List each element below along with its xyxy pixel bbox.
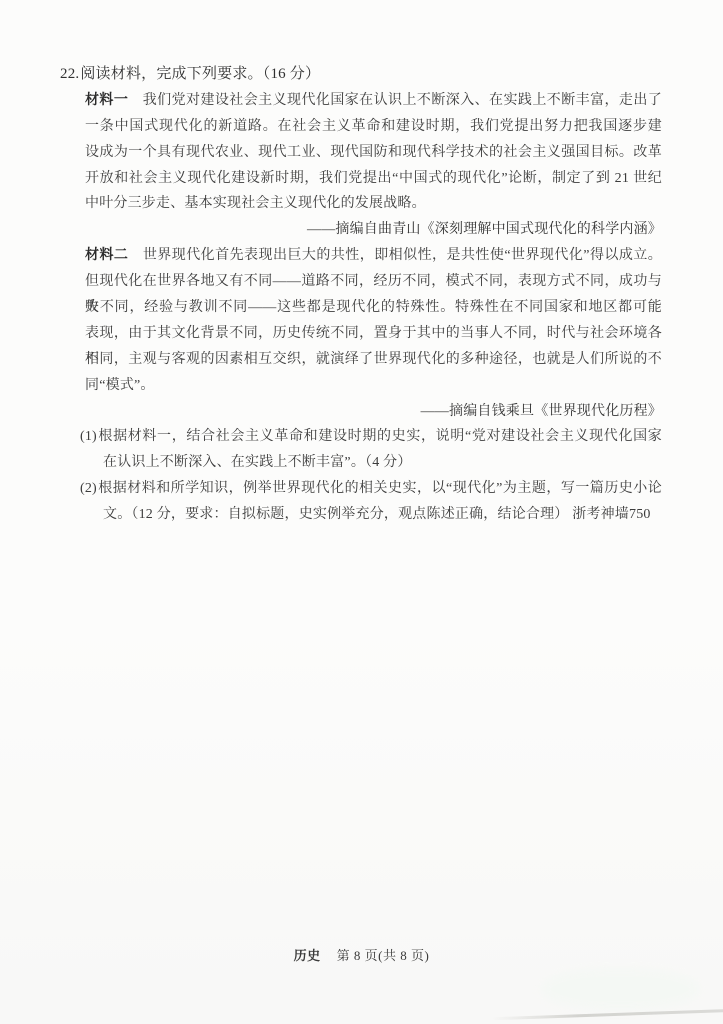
subquestion-1-line-1-text: 根据材料一，结合社会主义革命和建设时期的史实，说明“党对建设社会主义现代化国家 — [98, 429, 662, 444]
question-22-block: 22.阅读材料，完成下列要求。（16 分） 材料一 我们党对建设社会主义现代化国… — [85, 62, 662, 528]
material2-line-6: 同“模式”。 — [85, 373, 662, 399]
material1-attribution: ——摘编自曲青山《深刻理解中国式现代化的科学内涵》 — [85, 217, 662, 243]
subquestion-1-line-1: (1)根据材料一，结合社会主义革命和建设时期的史实，说明“党对建设社会主义现代化… — [80, 424, 662, 450]
question-stem: 22.阅读材料，完成下列要求。（16 分） — [60, 62, 662, 88]
material2-line-5: 相同，主观与客观的因素相互交织，就演绎了世界现代化的多种途径，也就是人们所说的不 — [85, 347, 662, 373]
scan-artifact-blob — [540, 968, 700, 1010]
subquestion-2-line-1-text: 根据材料和所学知识，例举世界现代化的相关史实，以“现代化”为主题，写一篇历史小论 — [98, 481, 662, 496]
footer-page-info: 第 8 页(共 8 页) — [337, 948, 430, 963]
material1-label: 材料一 — [85, 93, 128, 108]
material2-line-2: 但现代化在世界各地又有不同——道路不同，经历不同，模式不同，表现方式不同，成功与… — [85, 269, 662, 295]
subquestion-2-line-1: (2)根据材料和所学知识，例举世界现代化的相关史实，以“现代化”为主题，写一篇历… — [80, 476, 662, 502]
material2-label: 材料二 — [85, 248, 128, 263]
question-number: 22. — [60, 66, 79, 82]
material2-line-4: 表现，由于其文化背景不同，历史传统不同，置身于其中的当事人不同，时代与社会环境各… — [85, 321, 662, 347]
exam-page: 22.阅读材料，完成下列要求。（16 分） 材料一 我们党对建设社会主义现代化国… — [0, 0, 723, 1024]
subquestion-2-number: (2) — [80, 481, 97, 496]
subquestion-2-line-2: 文。（12 分，要求：自拟标题，史实例举充分，观点陈述正确，结论合理） 浙考神墙… — [103, 502, 662, 528]
material2-line-3: 败不同，经验与教训不同——这些都是现代化的特殊性。特殊性在不同国家和地区都可能 — [85, 295, 662, 321]
subquestion-1-number: (1) — [80, 429, 97, 444]
material1-line-4: 开放和社会主义现代化建设新时期，我们党提出“中国式的现代化”论断，制定了到 21… — [85, 166, 662, 192]
page-footer: 历史第 8 页(共 8 页) — [0, 945, 723, 964]
footer-subject: 历史 — [294, 948, 321, 963]
material2-attribution: ——摘编自钱乘旦《世界现代化历程》 — [85, 399, 662, 425]
question-stem-text: 阅读材料，完成下列要求。（16 分） — [80, 66, 320, 82]
material1-line-3: 设成为一个具有现代农业、现代工业、现代国防和现代科学技术的社会主义强国目标。改革 — [85, 140, 662, 166]
material2-line-1-text: 世界现代化首先表现出巨大的共性，即相似性，是共性使“世界现代化”得以成立。 — [128, 248, 662, 263]
subquestion-1-line-2: 在认识上不断深入、在实践上不断丰富”。（4 分） — [103, 450, 662, 476]
material1-line-2: 一条中国式现代化的新道路。在社会主义革命和建设时期，我们党提出努力把我国逐步建 — [85, 114, 662, 140]
material2-line-1: 材料二 世界现代化首先表现出巨大的共性，即相似性，是共性使“世界现代化”得以成立… — [85, 243, 662, 269]
material1-line-1: 材料一 我们党对建设社会主义现代化国家在认识上不断深入、在实践上不断丰富，走出了 — [85, 88, 662, 114]
material1-line-5: 中叶分三步走、基本实现社会主义现代化的发展战略。 — [85, 191, 662, 217]
scan-artifact-edge-line — [492, 1009, 723, 1020]
material1-line-1-text: 我们党对建设社会主义现代化国家在认识上不断深入、在实践上不断丰富，走出了 — [128, 93, 662, 108]
